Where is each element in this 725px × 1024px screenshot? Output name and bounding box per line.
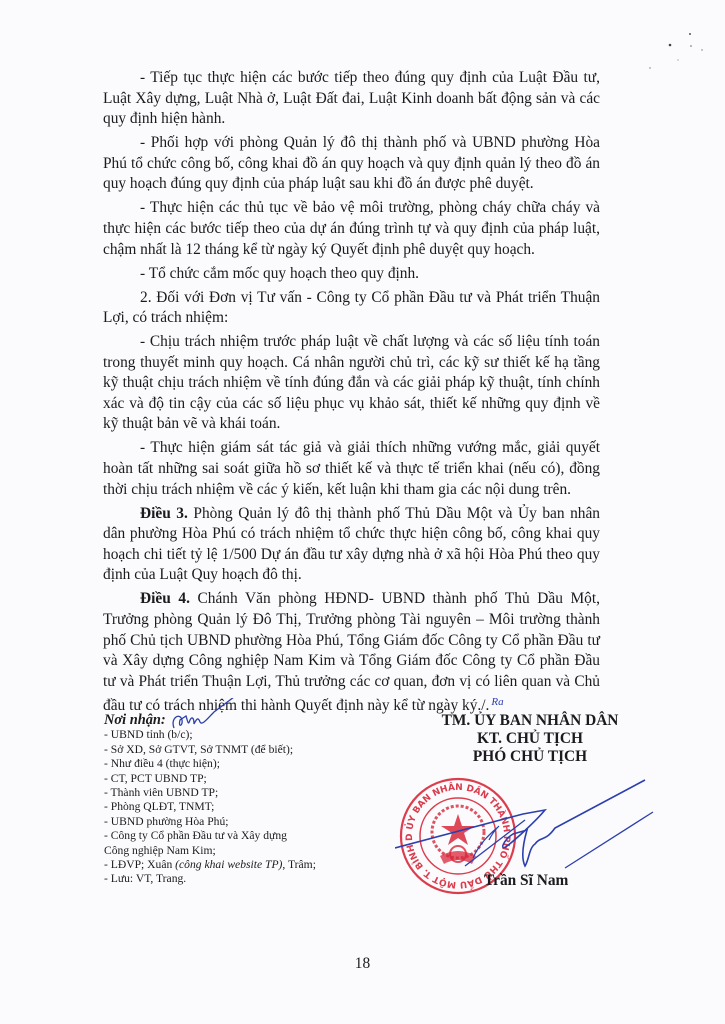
signature-block: TM. ỦY BAN NHÂN DÂN KT. CHỦ TỊCH PHÓ CHỦ… (415, 712, 645, 767)
paragraph-consultant-duties: 2. Đối với Đơn vị Tư vấn - Công ty Cổ ph… (103, 288, 600, 329)
signature-title-line3: PHÓ CHỦ TỊCH (415, 748, 645, 766)
recipient-ldvp-prefix: - LĐVP; Xuân (104, 858, 175, 871)
scan-specks-decoration (640, 10, 720, 70)
recipient-item: - Thành viên UBND TP; (104, 786, 394, 800)
recipient-item: - Công ty Cổ phần Đầu tư và Xây dựng (104, 829, 394, 843)
signer-name: Trần Sĩ Nam (484, 872, 604, 890)
paragraph-publish-plan: - Phối hợp với phòng Quản lý đô thị thàn… (103, 133, 600, 195)
signature-title-line2: KT. CHỦ TỊCH (415, 730, 645, 748)
paragraph-boundary-markers: - Tổ chức cắm mốc quy hoạch theo quy địn… (103, 264, 600, 285)
recipient-item: Công nghiệp Nam Kim; (104, 844, 394, 858)
recipient-item: - UBND phường Hòa Phú; (104, 815, 394, 829)
paragraph-environment-procedures: - Thực hiện các thủ tục về bảo vệ môi tr… (103, 198, 600, 260)
paragraph-consultant-responsibility: - Chịu trách nhiệm trước pháp luật về ch… (103, 332, 600, 435)
article-4-heading: Điều 4. (140, 590, 190, 607)
document-body: - Tiếp tục thực hiện các bước tiếp theo … (103, 68, 600, 720)
recipient-item-archive: - Lưu: VT, Trang. (104, 872, 394, 886)
paragraph-legal-compliance: - Tiếp tục thực hiện các bước tiếp theo … (103, 68, 600, 130)
document-page: - Tiếp tục thực hiện các bước tiếp theo … (0, 0, 725, 1024)
recipients-list: Nơi nhận: - UBND tỉnh (b/c); - Sở XD, Sở… (104, 712, 394, 887)
paragraph-supervision: - Thực hiện giám sát tác giả và giải thí… (103, 438, 600, 500)
recipient-item: - Như điều 4 (thực hiện); (104, 757, 394, 771)
initial-signature-icon (168, 698, 258, 738)
article-4-text: Chánh Văn phòng HĐND- UBND thành phố Thủ… (103, 590, 600, 714)
recipient-item-ldvp: - LĐVP; Xuân (công khai website TP), Trâ… (104, 858, 394, 872)
recipients-label: Nơi nhận: (104, 712, 166, 728)
recipient-item: - Phòng QLĐT, TNMT; (104, 800, 394, 814)
recipient-ldvp-note: (công khai website TP) (175, 858, 282, 871)
article-3: Điều 3. Phòng Quản lý đô thị thành phố T… (103, 504, 600, 586)
signature-title-line1: TM. ỦY BAN NHÂN DÂN (415, 712, 645, 730)
recipient-item: - CT, PCT UBND TP; (104, 772, 394, 786)
page-number: 18 (340, 955, 385, 973)
recipient-item: - Sở XD, Sở GTVT, Sở TNMT (để biết); (104, 743, 394, 757)
recipient-ldvp-suffix: , Trâm; (282, 858, 316, 871)
article-3-heading: Điều 3. (140, 505, 188, 522)
initial-mark: Ra (491, 696, 503, 708)
